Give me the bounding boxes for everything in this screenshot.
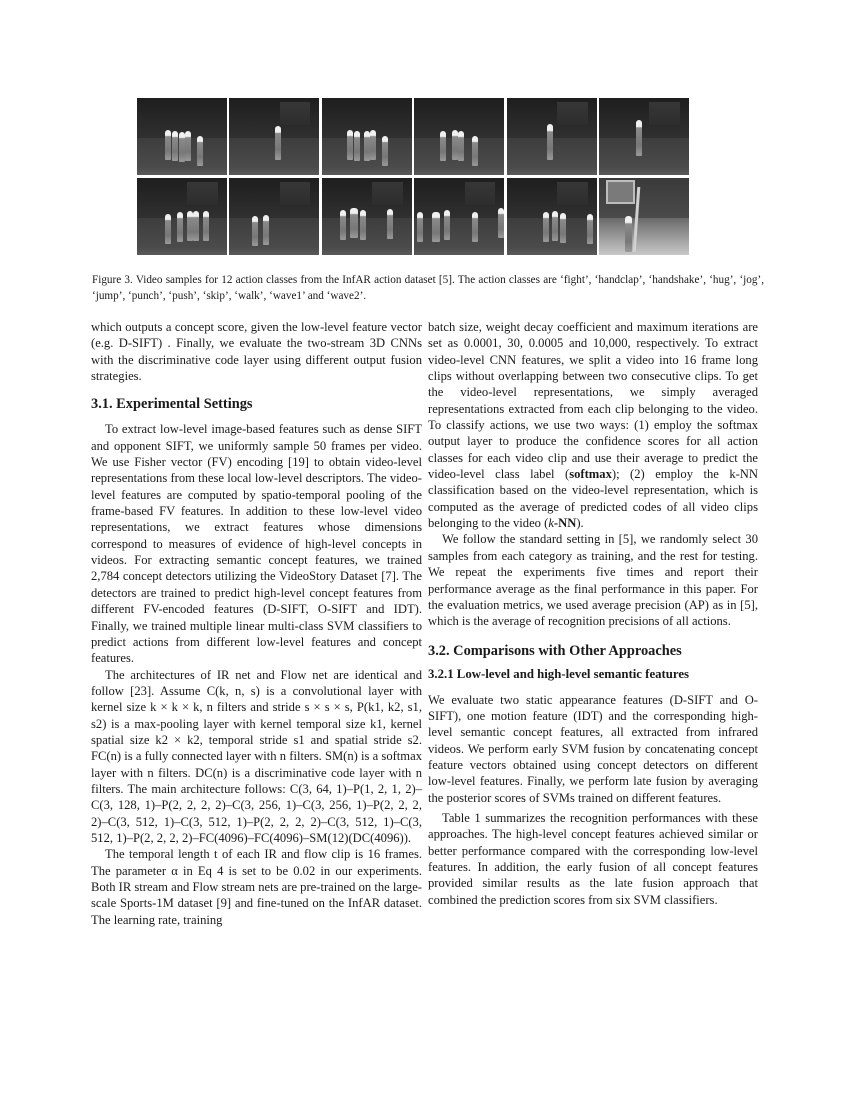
frame-jump — [599, 98, 689, 175]
section-heading-3-1: 3.1. Experimental Settings — [91, 395, 422, 413]
frame-fight — [137, 98, 227, 175]
frame-jog — [507, 98, 597, 175]
paragraph-table-summary: Table 1 summarizes the recognition perfo… — [428, 810, 758, 908]
frame-hug — [414, 98, 504, 175]
paragraph-classification: batch size, weight decay coefficient and… — [428, 319, 758, 531]
paragraph-features-comparison: We evaluate two static appearance featur… — [428, 692, 758, 806]
knn-term: -NN — [554, 516, 576, 530]
video-frames-grid — [137, 98, 689, 255]
figure-caption: Figure 3. Video samples for 12 action cl… — [92, 272, 764, 304]
frame-handclap — [229, 98, 319, 175]
frame-walk — [414, 178, 504, 255]
basketball-hoop — [606, 180, 635, 204]
paragraph-training: The temporal length t of each IR and flo… — [91, 846, 422, 928]
paragraph-architecture: The architectures of IR net and Flow net… — [91, 667, 422, 847]
frame-wave1 — [507, 178, 597, 255]
frame-handshake — [322, 98, 412, 175]
paragraph-evaluation: We follow the standard setting in [5], w… — [428, 531, 758, 629]
subsection-heading-3-2-1: 3.2.1 Low-level and high-level semantic … — [428, 666, 758, 682]
frame-skip — [322, 178, 412, 255]
figure-3 — [137, 98, 689, 258]
paragraph-features: To extract low-level image-based feature… — [91, 421, 422, 666]
left-column: which outputs a concept score, given the… — [91, 319, 422, 928]
section-heading-3-2: 3.2. Comparisons with Other Approaches — [428, 642, 758, 660]
frame-wave2 — [599, 178, 689, 255]
frame-push — [229, 178, 319, 255]
frame-punch — [137, 178, 227, 255]
softmax-term: softmax — [569, 467, 612, 481]
intro-paragraph: which outputs a concept score, given the… — [91, 319, 422, 384]
right-column: batch size, weight decay coefficient and… — [428, 319, 758, 908]
